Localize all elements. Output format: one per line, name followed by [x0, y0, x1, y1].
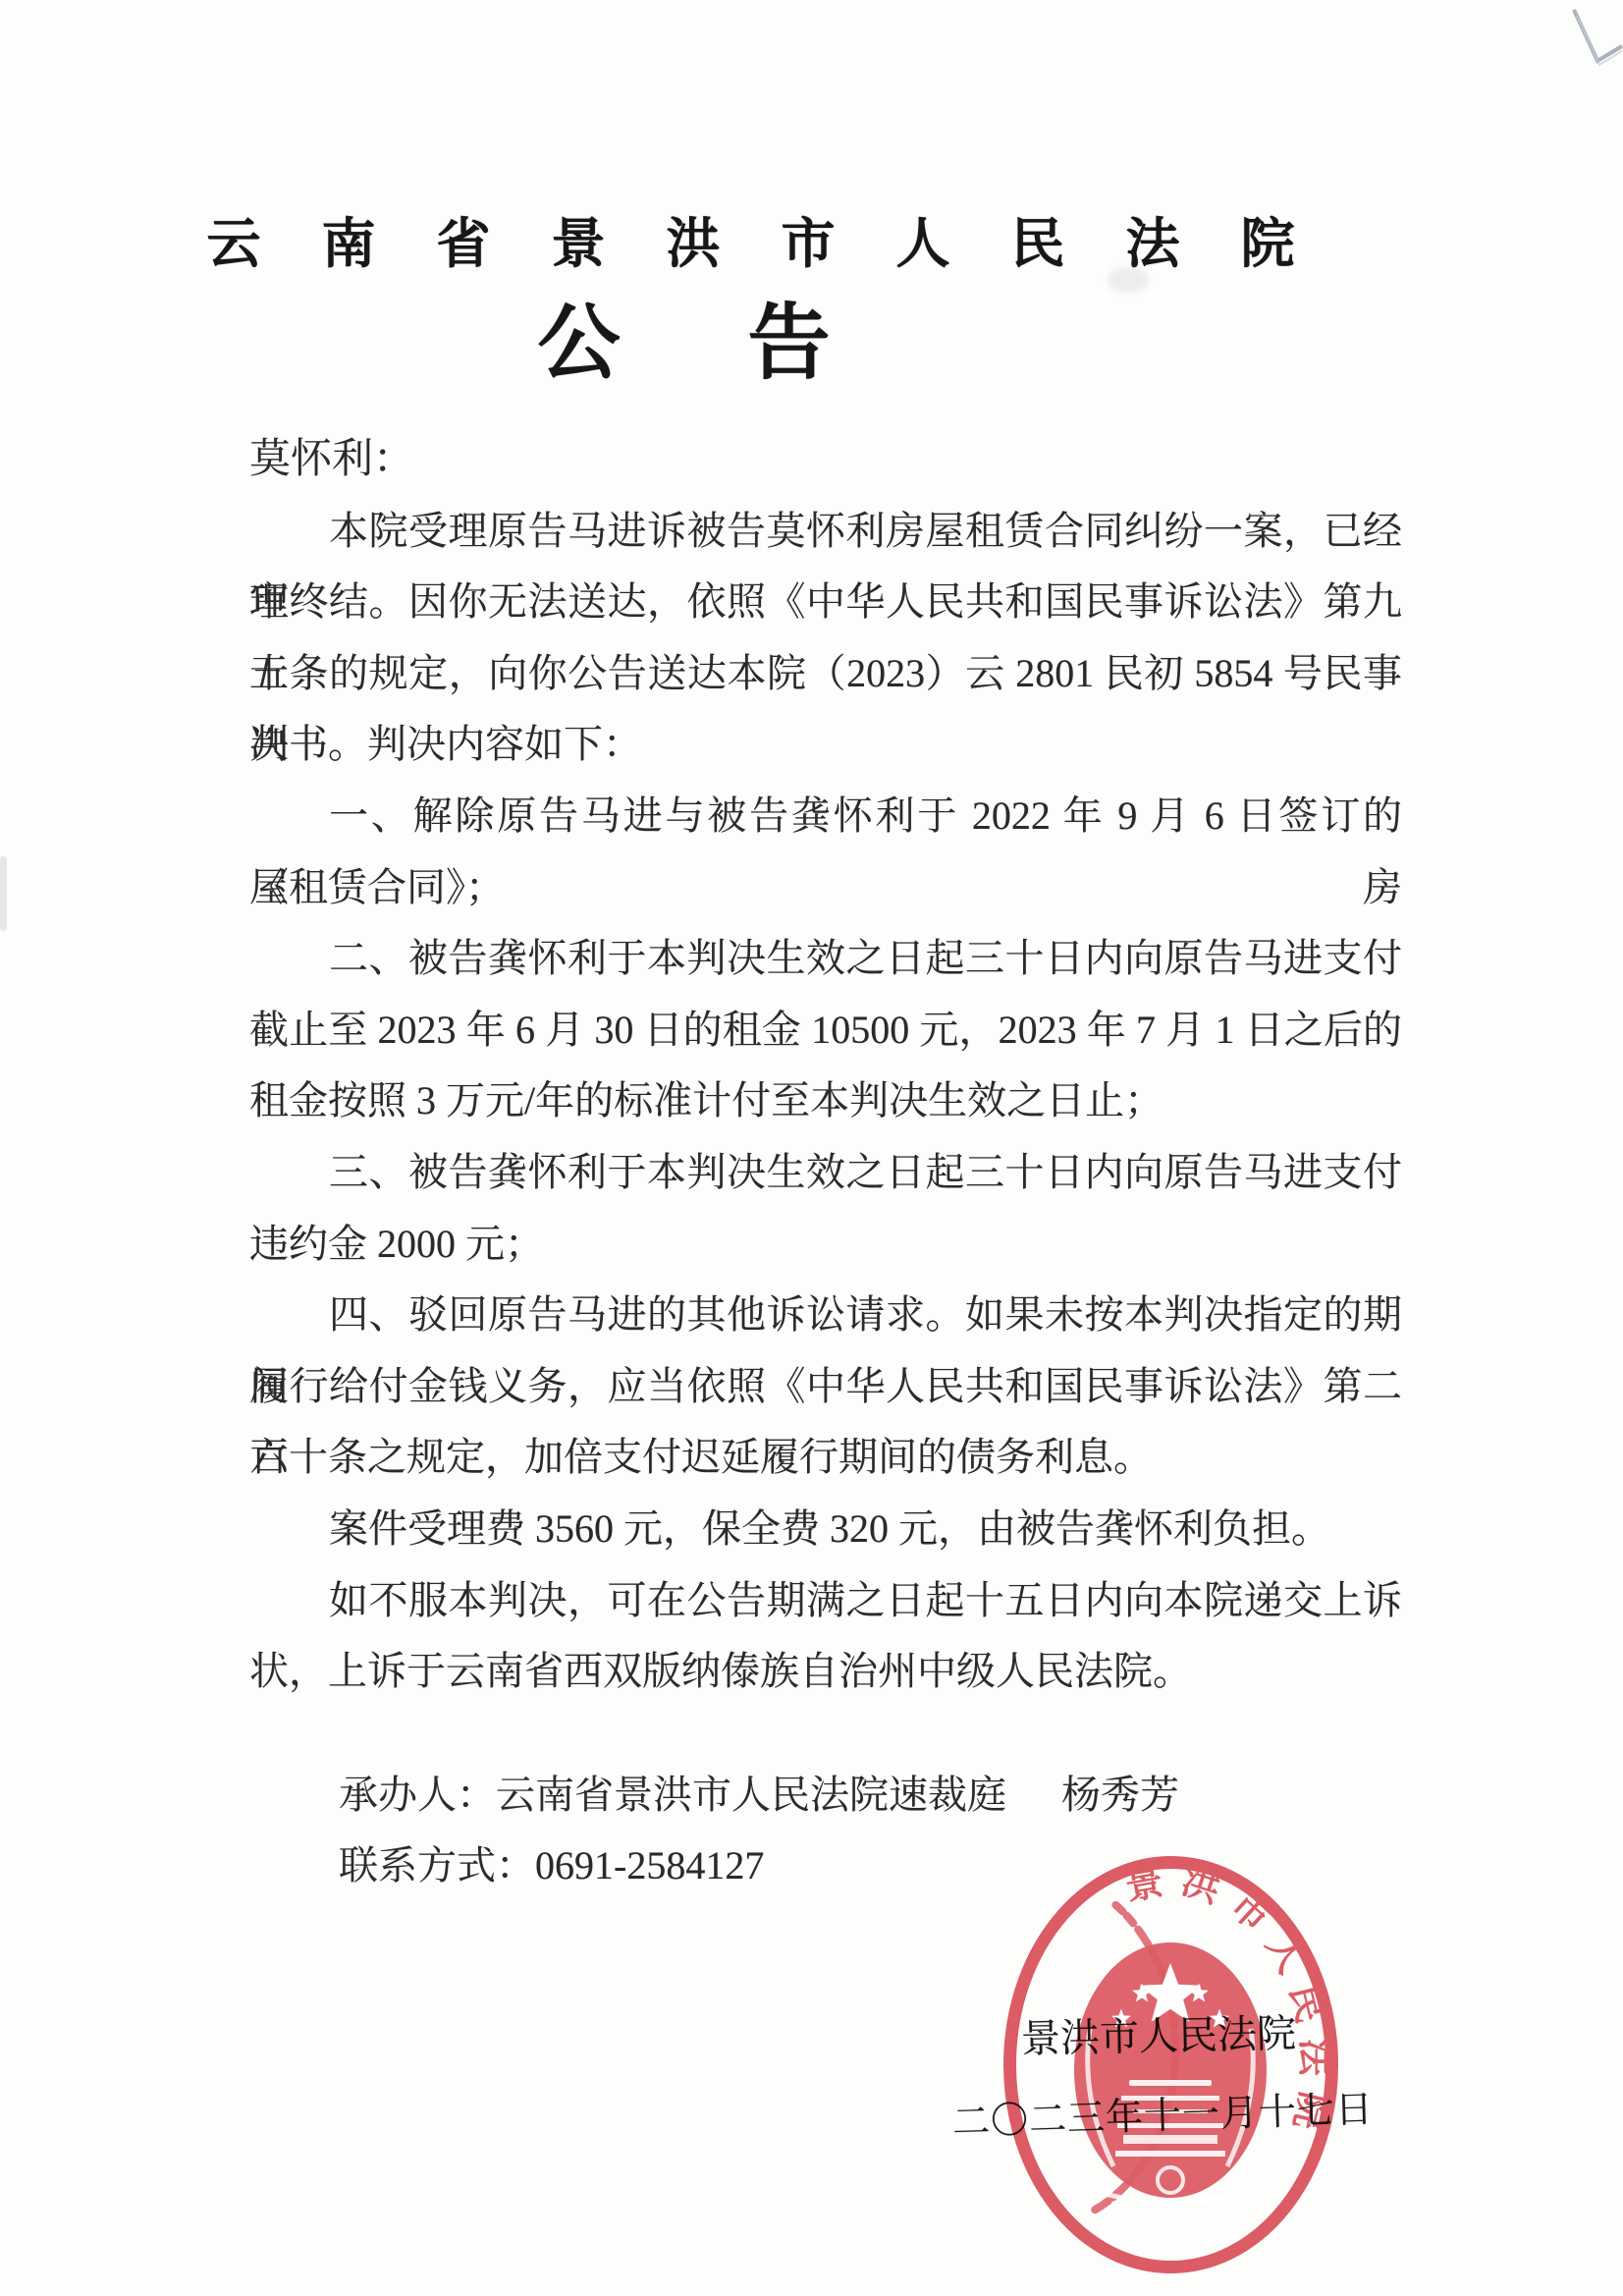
paper-fold-mark: [0, 0, 1623, 118]
footer-block: 承办人：云南省景洪市人民法院速裁庭杨秀芳 联系方式：0691-2584127: [339, 1760, 1179, 1901]
body-line: 违约金 2000 元；: [249, 1209, 1402, 1281]
scan-streak: [0, 856, 7, 931]
scan-smudge: [1108, 267, 1149, 293]
seal-outer-ring: [1010, 1863, 1332, 2268]
handler-line: 承办人：云南省景洪市人民法院速裁庭杨秀芳: [339, 1760, 1179, 1831]
seal-date-overlay: 二〇二三年十一月十七日: [951, 2088, 1374, 2144]
contact-label: 联系方式：: [339, 1843, 535, 1887]
doc-type-title: 公告: [0, 302, 1623, 387]
body-line: 二、被告龚怀利于本判决生效之日起三十日内向原告马进支付: [249, 923, 1402, 995]
body-line: 决书。判决内容如下：: [249, 709, 1402, 781]
court-seal: 景洪市人民法院: [996, 1852, 1346, 2277]
body-line: 三、被告龚怀利于本判决生效之日起三十日内向原告马进支付: [249, 1137, 1402, 1209]
body-line: 如不服本判决，可在公告期满之日起十五日内向本院递交上诉: [249, 1565, 1402, 1637]
addressee: 莫怀利：: [249, 424, 1402, 496]
body-line: 状，上诉于云南省西双版纳傣族自治州中级人民法院。: [249, 1636, 1402, 1708]
handler-label: 承办人：: [339, 1773, 496, 1817]
body-line: 五条的规定，向你公告送达本院（2023）云 2801 民初 5854 号民事判: [249, 638, 1402, 710]
body-line: 租金按照 3 万元/年的标准计付至本判决生效之日止；: [249, 1066, 1402, 1137]
body-line: 截止至 2023 年 6 月 30 日的租金 10500 元，2023 年 7 …: [249, 995, 1402, 1066]
contact-line: 联系方式：0691-2584127: [339, 1831, 1179, 1901]
handler-office: 云南省景洪市人民法院速裁庭: [496, 1773, 1006, 1817]
body-line: 履行给付金钱义务，应当依照《中华人民共和国民事诉讼法》第二百: [249, 1351, 1402, 1423]
notice-body: 莫怀利： 本院受理原告马进诉被告莫怀利房屋租赁合同纠纷一案，已经审 理终结。因你…: [249, 424, 1402, 1708]
contact-phone: 0691-2584127: [535, 1843, 764, 1887]
national-emblem-icon: [1074, 1942, 1267, 2203]
seal-court-name-overlay: 景洪市人民法院: [1021, 2012, 1297, 2061]
body-line: 四、驳回原告马进的其他诉讼请求。如果未按本判决指定的期间: [249, 1280, 1402, 1351]
handler-name: 杨秀芳: [1061, 1760, 1179, 1831]
body-line: 本院受理原告马进诉被告莫怀利房屋租赁合同纠纷一案，已经审: [249, 496, 1402, 568]
body-line: 案件受理费 3560 元，保全费 320 元，由被告龚怀利负担。: [249, 1494, 1402, 1565]
court-name-title: 云南省景洪市人民法院: [0, 217, 1623, 271]
scanned-court-notice: 云南省景洪市人民法院 公告 莫怀利： 本院受理原告马进诉被告莫怀利房屋租赁合同纠…: [0, 0, 1623, 2296]
body-line: 一、解除原告马进与被告龚怀利于 2022 年 9 月 6 日签订的《房: [249, 781, 1402, 852]
body-line: 六十条之规定，加倍支付迟延履行期间的债务利息。: [249, 1422, 1402, 1494]
body-line: 理终结。因你无法送达，依照《中华人民共和国民事诉讼法》第九十: [249, 567, 1402, 638]
